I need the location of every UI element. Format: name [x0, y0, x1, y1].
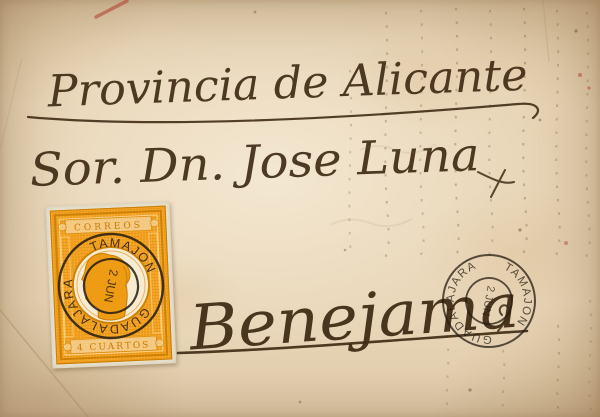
address-line-2: Sor. Dn. Jose Luna [29, 127, 481, 197]
line2-end-flourish [478, 170, 514, 197]
svg-text:TAMAJON: TAMAJON [84, 224, 165, 283]
cds1-date-text: 2 JUN [101, 268, 121, 303]
cover-photo: CORREOS 4 CUARTOS [0, 0, 600, 417]
cds1-town-text: TAMAJON [84, 224, 165, 283]
address-line-1: Provincia de Alicante [46, 50, 528, 118]
address-block: Provincia de Alicante Sor. Dn. Jose Luna… [28, 50, 538, 365]
red-specks [564, 73, 591, 245]
red-crayon-mark [96, 1, 127, 17]
ink-overlay: Provincia de Alicante Sor. Dn. Jose Luna… [0, 0, 600, 417]
